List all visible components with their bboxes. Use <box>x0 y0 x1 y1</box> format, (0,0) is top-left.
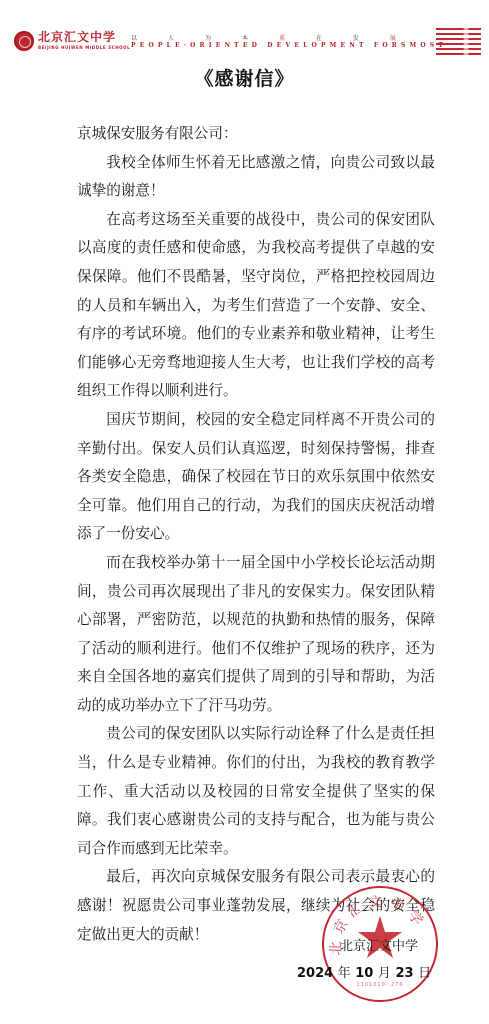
school-name-en: BEIJING HUIWEN MIDDLE SCHOOL <box>38 45 130 50</box>
date-year: 2024 <box>297 966 333 981</box>
paragraph: 而在我校举办第十一届全国中小学校长论坛活动期间，贵公司再次展现出了非凡的安保实力… <box>77 549 435 721</box>
motto-char: 本 <box>242 33 248 42</box>
motto-char: 发 <box>353 33 359 42</box>
letter-title: 《感谢信》 <box>0 64 489 91</box>
letter-body: 京城保安服务有限公司： 我校全体师生怀着无比感激之情，向贵公司致以最诚挚的谢意！… <box>77 120 435 949</box>
salutation: 京城保安服务有限公司： <box>77 120 435 149</box>
motto-char: 以 <box>131 33 137 42</box>
date-month-unit: 月 <box>378 966 391 981</box>
school-name-cn: 北京汇文中学 <box>38 31 116 44</box>
date-day-unit: 日 <box>418 966 431 981</box>
paragraph: 我校全体师生怀着无比感激之情，向贵公司致以最诚挚的谢意！ <box>77 149 435 206</box>
date-day: 23 <box>395 966 413 981</box>
svg-text:1101010··276: 1101010··276 <box>357 982 404 988</box>
motto-char: 为 <box>205 33 211 42</box>
paragraph: 在高考这场至关重要的战役中，贵公司的保安团队以高度的责任感和使命感，为我校高考提… <box>77 206 435 406</box>
signature: 北京汇文中学 <box>340 935 418 954</box>
date: 2024 年 10 月 23 日 <box>297 962 431 981</box>
motto-char: 在 <box>316 33 322 42</box>
date-year-unit: 年 <box>338 966 351 981</box>
decorative-stripes-icon <box>436 28 481 58</box>
school-emblem-icon <box>14 31 34 51</box>
motto-char: 展 <box>390 33 396 42</box>
paragraph: 国庆节期间，校园的安全稳定同样离不开贵公司的辛勤付出。保安人员们认真巡逻，时刻保… <box>77 406 435 549</box>
letterhead: 北京汇文中学 BEIJING HUIWEN MIDDLE SCHOOL 以 人 … <box>0 0 489 60</box>
motto-char: 重 <box>279 33 285 42</box>
motto-cn: 以 人 为 本 重 在 发 展 <box>131 33 396 42</box>
motto-char: 人 <box>168 33 174 42</box>
motto-en: PEOPLE·ORIENTED DEVELOPMENT FORSMOST <box>131 42 447 49</box>
date-month: 10 <box>355 966 373 981</box>
paragraph: 贵公司的保安团队以实际行动诠释了什么是责任担当，什么是专业精神。你们的付出，为我… <box>77 720 435 863</box>
